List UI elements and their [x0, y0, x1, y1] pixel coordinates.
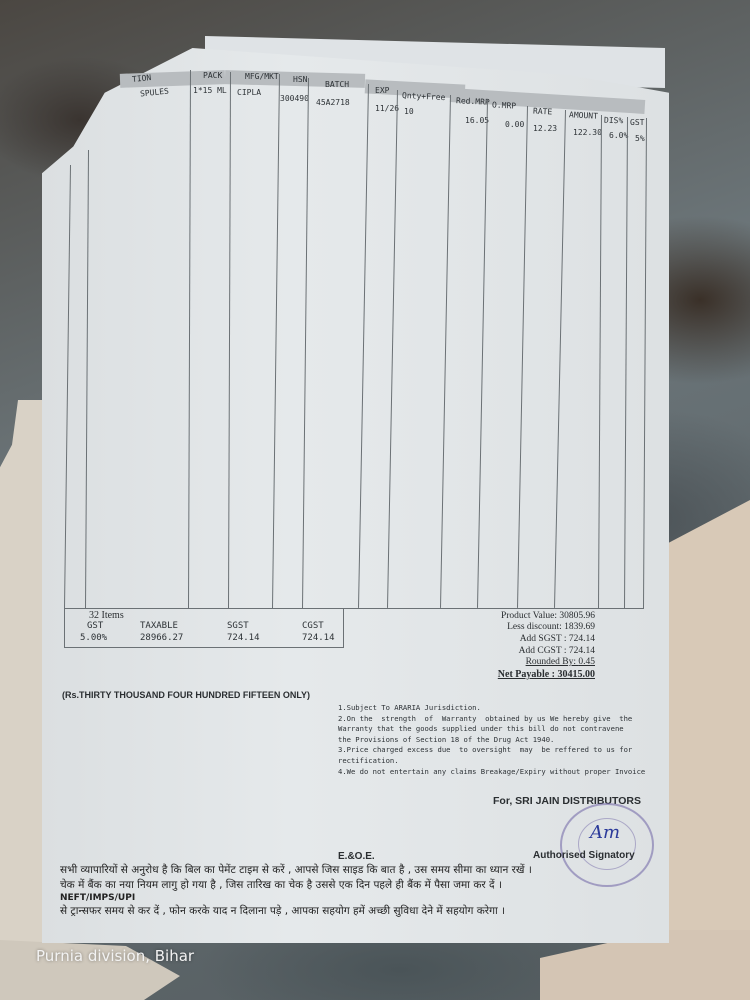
- net-payable: Net Payable : 30415.00: [425, 669, 595, 680]
- background-plaster: [655, 500, 750, 1000]
- col-header-exp: EXP: [375, 86, 389, 95]
- tax-value-gst: 5.00%: [80, 633, 107, 643]
- items-count: 32 Items: [89, 610, 124, 621]
- cell-o-mrp: 0.00: [505, 120, 524, 129]
- cell-pack: 1*15 ML: [193, 86, 227, 95]
- totals-less-discount: Less discount: 1839.69: [435, 622, 595, 632]
- totals-product-value: Product Value: 30805.96: [435, 611, 595, 621]
- tax-header-sgst: SGST: [227, 621, 249, 631]
- location-watermark: Purnia division, Bihar: [36, 947, 194, 965]
- col-header-pack: PACK: [203, 71, 222, 80]
- cell-amount: 122.30: [573, 128, 602, 137]
- cell-rate: 12.23: [533, 124, 557, 133]
- amount-in-words: (Rs.THIRTY THOUSAND FOUR HUNDRED FIFTEEN…: [62, 690, 310, 700]
- signature: Am: [590, 822, 620, 843]
- tax-header-cgst: CGST: [302, 621, 324, 631]
- totals-rounded: Rounded By: 0.45: [435, 657, 595, 667]
- payment-methods: NEFT/IMPS/UPI: [60, 893, 135, 903]
- tax-value-taxable: 28966.27: [140, 633, 183, 643]
- col-header-amount: AMOUNT: [569, 110, 598, 121]
- tax-value-cgst: 724.14: [302, 633, 335, 643]
- totals-add-cgst: Add CGST : 724.14: [435, 646, 595, 656]
- payment-notice-line4: से ट्रान्सफर समय से कर दें , फोन करके या…: [60, 904, 505, 918]
- col-header-mfg: MFG/MKT: [245, 72, 279, 81]
- col-header-hsn: HSN: [293, 75, 307, 84]
- paper-shading: [42, 48, 669, 943]
- payment-notice-line2: चेक में बैंक का नया नियम लागु हो गया है …: [60, 878, 502, 892]
- col-header-batch: BATCH: [325, 80, 349, 89]
- payment-notice-line1: सभी व्यापारियों से अनुरोध है कि बिल का प…: [60, 863, 532, 877]
- cell-exp: 11/26: [375, 104, 399, 113]
- col-header-rate: RATE: [533, 107, 553, 117]
- col-header-red-mrp: Red.MRP: [456, 96, 490, 107]
- cell-batch: 45A2718: [316, 98, 350, 107]
- cell-red-mrp: 16.05: [465, 116, 489, 125]
- col-header-o-mrp: O.MRP: [492, 100, 517, 110]
- cell-dis: 6.0%: [609, 131, 628, 140]
- col-header-gst: GST: [630, 118, 644, 127]
- col-header-dis: DIS%: [604, 116, 624, 126]
- authorised-signatory: Authorised Signatory: [533, 850, 635, 861]
- tax-value-sgst: 724.14: [227, 633, 260, 643]
- cell-mfg: CIPLA: [237, 88, 261, 97]
- terms-and-conditions: 1.Subject To ARARIA Jurisdiction.2.On th…: [338, 703, 645, 777]
- tax-header-taxable: TAXABLE: [140, 621, 178, 631]
- eoe-text: E.&O.E.: [338, 851, 375, 862]
- tax-header-gst: GST: [87, 621, 103, 631]
- totals-add-sgst: Add SGST : 724.14: [435, 634, 595, 644]
- cell-qty: 10: [404, 107, 414, 116]
- cell-hsn: 300490: [280, 94, 309, 103]
- cell-gst: 5%: [635, 134, 645, 143]
